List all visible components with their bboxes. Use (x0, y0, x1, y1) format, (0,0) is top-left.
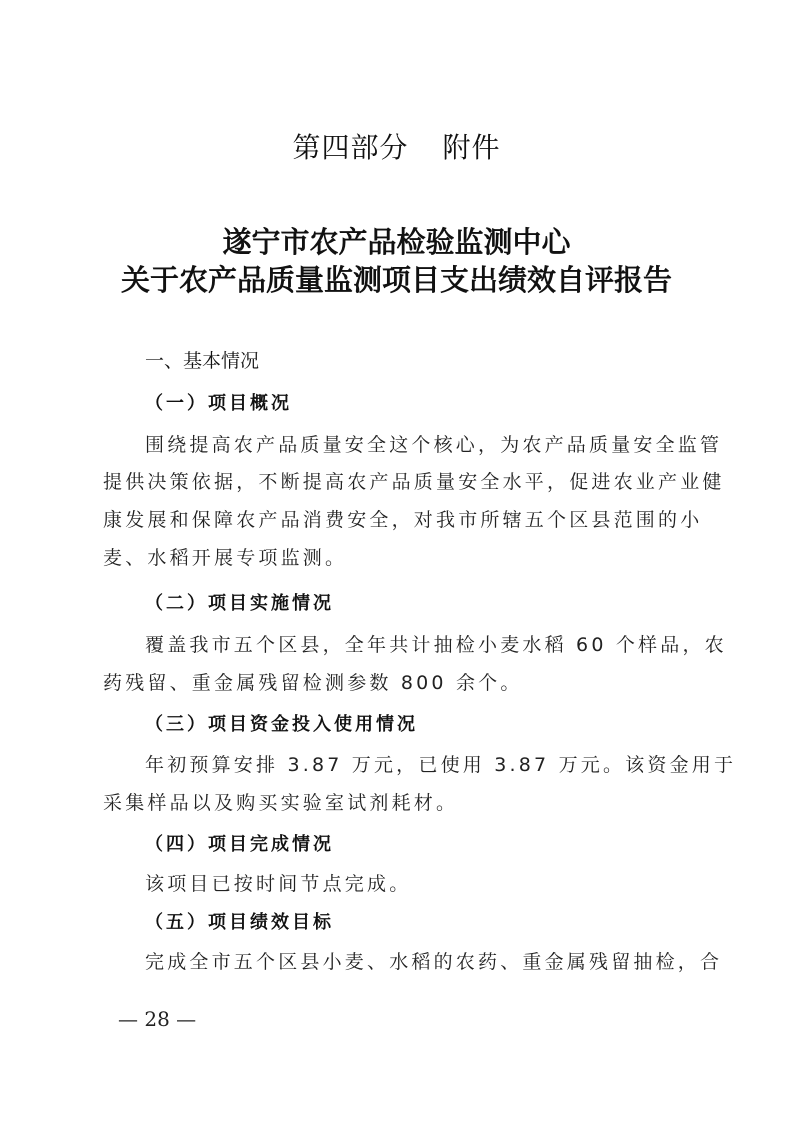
subheading-implementation: （二）项目实施情况 (145, 589, 334, 615)
subheading-project-overview: （一）项目概况 (145, 389, 292, 415)
subheading-completion: （四）项目完成情况 (145, 830, 334, 856)
paragraph-line: 麦、水稻开展专项监测。 (103, 543, 693, 570)
section-heading-basic-info: 一、基本情况 (145, 346, 259, 373)
document-title-line-1: 遂宁市农产品检验监测中心 (0, 220, 793, 261)
paragraph-line: 覆盖我市五个区县，全年共计抽检小麦水稻 60 个样品，农 (145, 630, 693, 657)
subheading-performance-goals: （五）项目绩效目标 (145, 908, 334, 934)
subheading-funding: （三）项目资金投入使用情况 (145, 710, 418, 736)
paragraph-line: 完成全市五个区县小麦、水稻的农药、重金属残留抽检，合 (145, 947, 693, 974)
part-title: 第四部分附件 (0, 126, 793, 166)
part-title-label: 第四部分 (292, 131, 408, 164)
paragraph-line: 该项目已按时间节点完成。 (145, 869, 693, 896)
page-number: — 28 — (118, 1007, 196, 1031)
paragraph-line: 采集样品以及购买实验室试剂耗材。 (103, 788, 693, 815)
paragraph-line: 康发展和保障农产品消费安全，对我市所辖五个区县范围的小 (103, 505, 693, 532)
part-title-attachment: 附件 (443, 131, 501, 164)
paragraph-line: 年初预算安排 3.87 万元，已使用 3.87 万元。该资金用于 (145, 750, 693, 777)
document-title-line-2: 关于农产品质量监测项目支出绩效自评报告 (0, 258, 793, 299)
paragraph-line: 提供决策依据，不断提高农产品质量安全水平，促进农业产业健 (103, 467, 693, 494)
paragraph-line: 围绕提高农产品质量安全这个核心，为农产品质量安全监管 (145, 430, 693, 457)
document-page: 第四部分附件 遂宁市农产品检验监测中心 关于农产品质量监测项目支出绩效自评报告 … (0, 0, 793, 1122)
paragraph-line: 药残留、重金属残留检测参数 800 余个。 (103, 668, 693, 695)
